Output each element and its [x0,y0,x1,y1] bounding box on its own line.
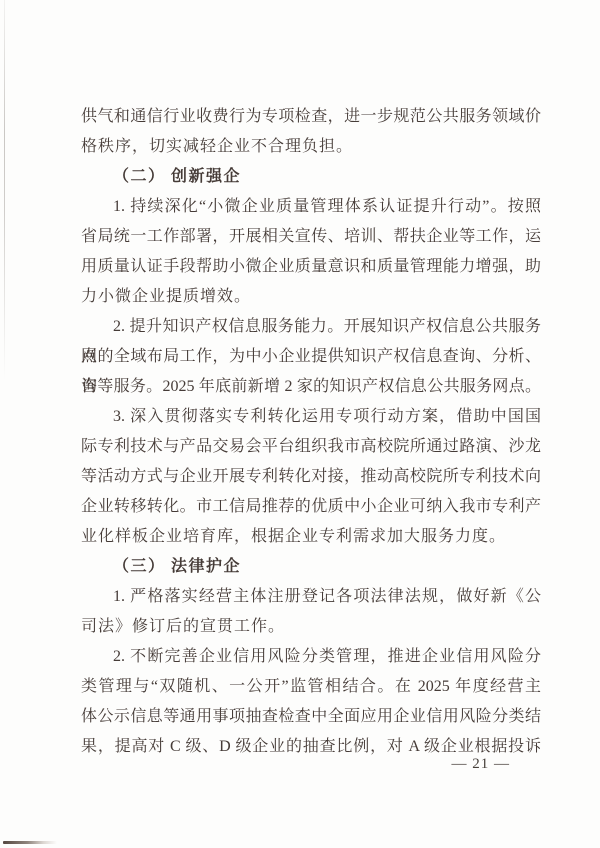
text-line: 1. 持续深化“小微企业质量管理体系认证提升行动”。按照 [81,192,541,222]
text-line: 供气和通信行业收费行为专项检查，进一步规范公共服务领域价 [81,102,541,132]
text-line: 业化样板企业培育库，根据企业专利需求加大服务力度。 [81,522,541,552]
document-body: 供气和通信行业收费行为专项检查，进一步规范公共服务领域价 格秩序，切实减轻企业不… [81,102,541,762]
scanned-document-page: 供气和通信行业收费行为专项检查，进一步规范公共服务领域价 格秩序，切实减轻企业不… [0,0,600,848]
text-line: 1. 严格落实经营主体注册登记各项法律法规，做好新《公 [81,582,541,612]
text-line: 力小微企业提质增效。 [81,282,541,312]
page-number: — 21 — [452,754,511,774]
text-line: 司法》修订后的宣贯工作。 [81,612,541,642]
text-line: 格秩序，切实减轻企业不合理负担。 [81,132,541,162]
text-line: 体公示信息等通用事项抽查检查中全面应用企业信用风险分类结 [81,702,541,732]
text-line: 询等服务。2025 年底前新增 2 家的知识产权信息公共服务网点。 [81,372,541,402]
text-line: 等活动方式与企业开展专利转化对接，推动高校院所专利技术向 [81,462,541,492]
scan-corner-artifact [3,841,57,844]
section-heading: （二） 创新强企 [81,162,541,192]
text-line: 省局统一工作部署，开展相关宣传、培训、帮扶企业等工作，运 [81,222,541,252]
text-line: 点的全域布局工作，为中小企业提供知识产权信息查询、分析、咨 [81,342,541,372]
text-line: 3. 深入贯彻落实专利转化运用专项行动方案，借助中国国 [81,402,541,432]
text-line: 2. 不断完善企业信用风险分类管理，推进企业信用风险分 [81,642,541,672]
text-line: 企业转移转化。市工信局推荐的优质中小企业可纳入我市专利产 [81,492,541,522]
text-line: 2. 提升知识产权信息服务能力。开展知识产权信息公共服务网 [81,312,541,342]
text-line: 类管理与“双随机、一公开”监管相结合。在 2025 年度经营主 [81,672,541,702]
section-heading: （三） 法律护企 [81,552,541,582]
text-line: 际专利技术与产品交易会平台组织我市高校院所通过路演、沙龙 [81,432,541,462]
text-line: 用质量认证手段帮助小微企业质量意识和质量管理能力增强，助 [81,252,541,282]
scan-edge-artifact [4,0,5,380]
